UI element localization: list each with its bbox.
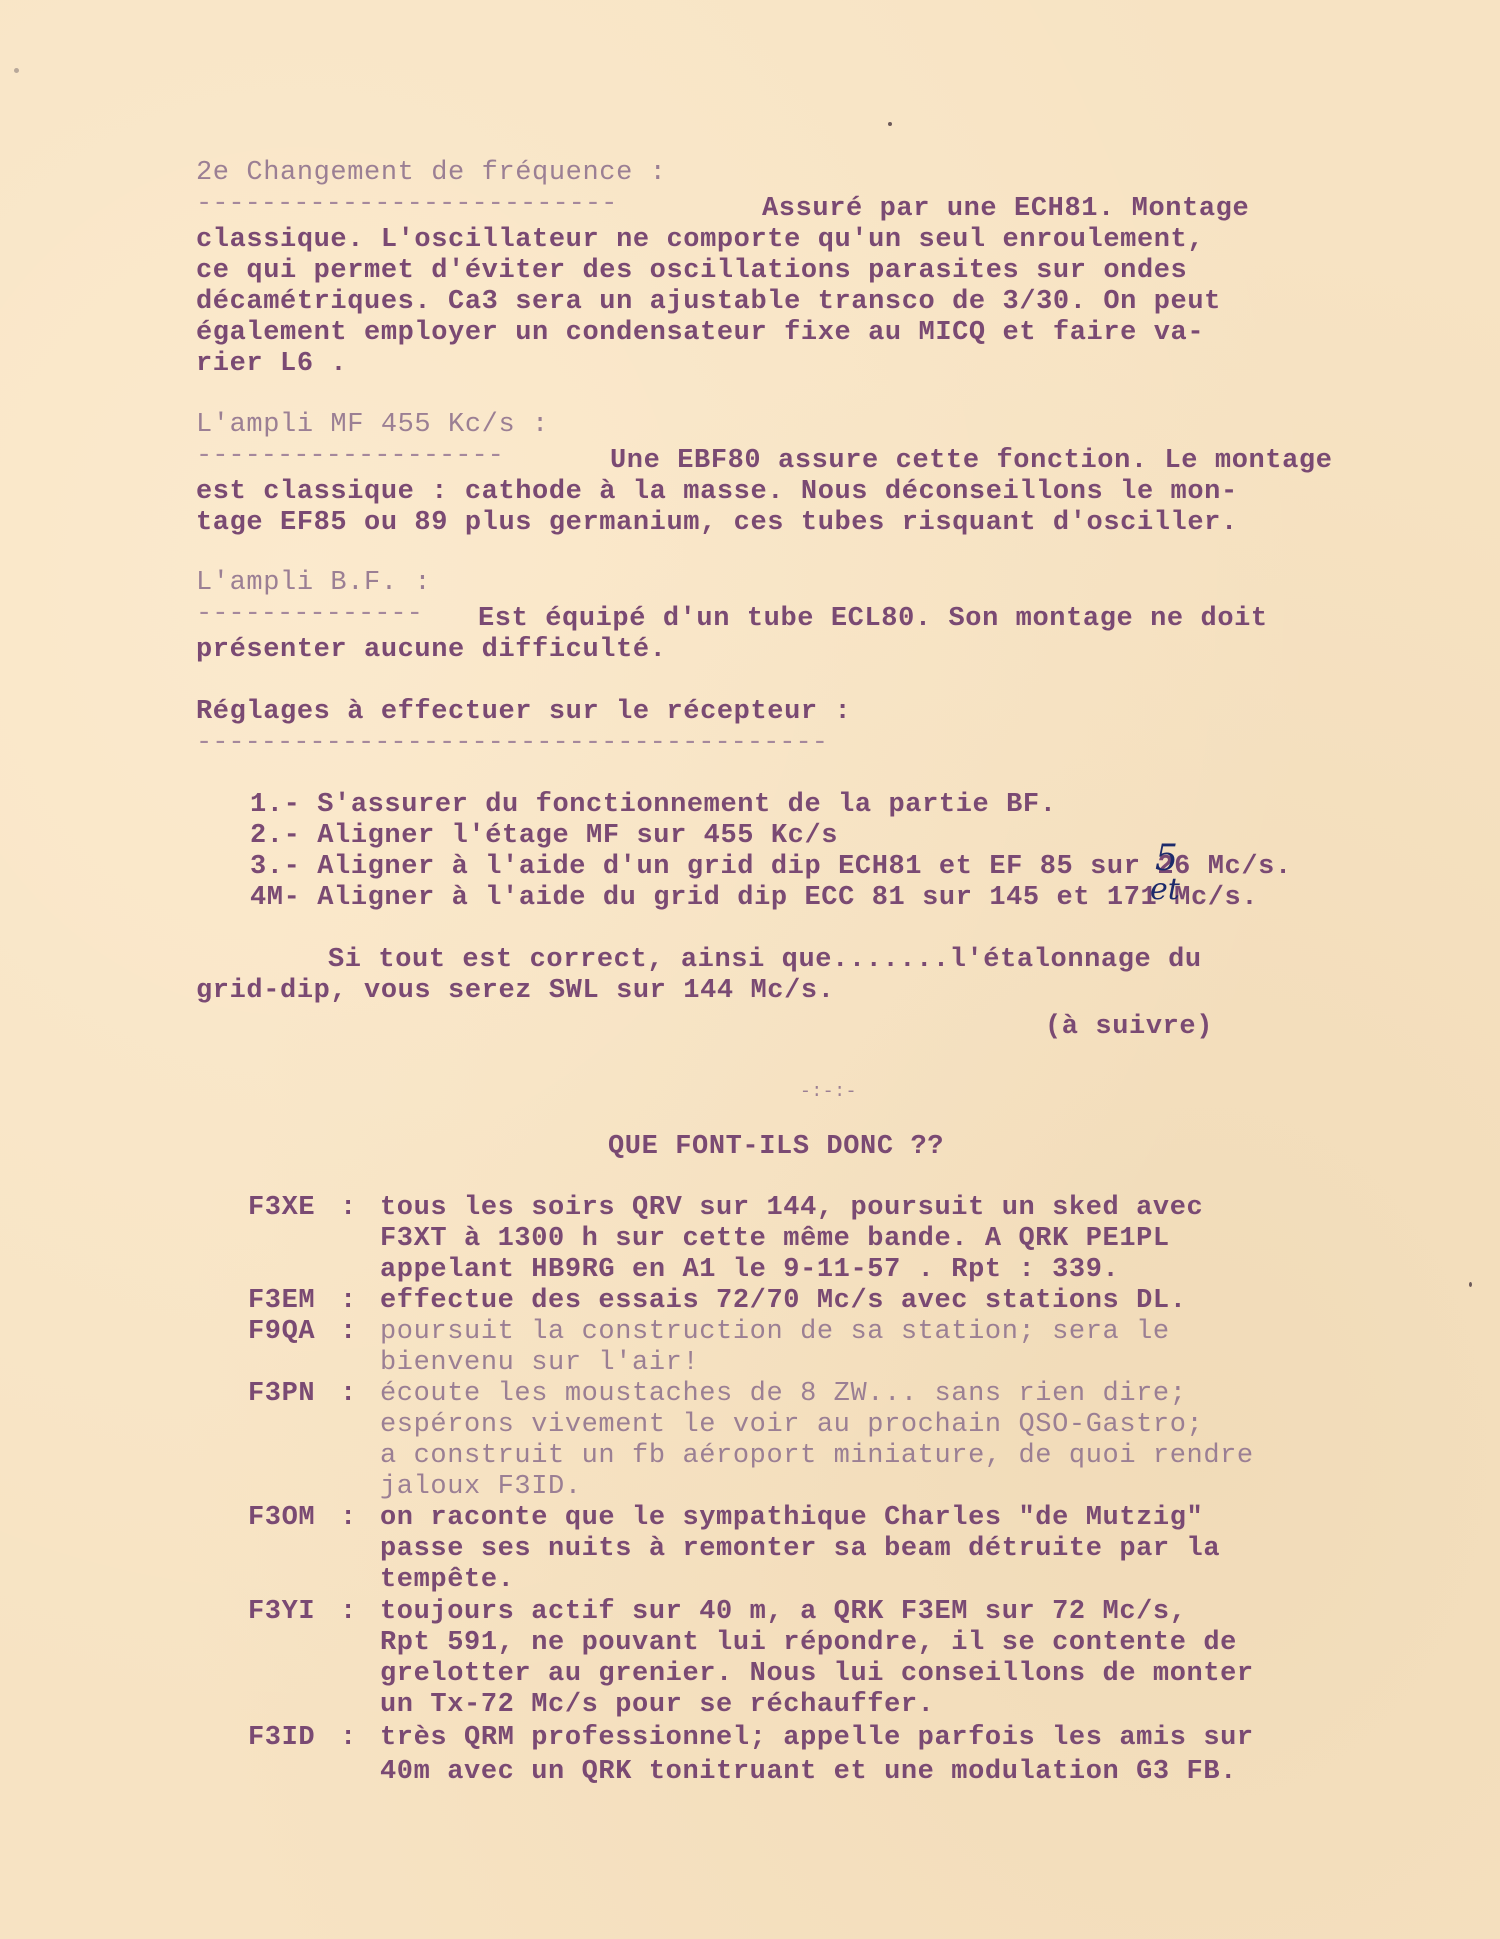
- heading-underline: --------------: [196, 599, 423, 630]
- paragraph-line: présenter aucune difficulté.: [196, 635, 666, 666]
- heading-underline: -------------------: [196, 441, 504, 472]
- paper-speck: [14, 68, 19, 73]
- step-item: 4M- Aligner à l'aide du grid dip ECC 81 …: [250, 883, 1258, 914]
- paragraph-line: classique. L'oscillateur ne comporte qu'…: [196, 225, 1204, 256]
- colon: :: [340, 1723, 357, 1754]
- entry-line: espérons vivement le voir au prochain QS…: [380, 1410, 1203, 1441]
- document-page: 2e Changement de fréquence : -----------…: [0, 0, 1500, 1939]
- entry-line: jaloux F3ID.: [380, 1472, 582, 1503]
- entry-line: passe ses nuits à remonter sa beam détru…: [380, 1534, 1220, 1565]
- colon: :: [340, 1286, 357, 1317]
- news-title: QUE FONT-ILS DONC ??: [608, 1132, 944, 1163]
- callsign: F9QA: [248, 1317, 315, 1348]
- entry-line: écoute les moustaches de 8 ZW... sans ri…: [380, 1379, 1187, 1410]
- section-heading: L'ampli B.F. :: [196, 568, 431, 599]
- entry-line: appelant HB9RG en A1 le 9-11-57 . Rpt : …: [380, 1255, 1119, 1286]
- paragraph-line: décamétriques. Ca3 sera un ajustable tra…: [196, 287, 1221, 318]
- entry-line: F3XT à 1300 h sur cette même bande. A QR…: [380, 1224, 1170, 1255]
- paragraph-line: est classique : cathode à la masse. Nous…: [196, 477, 1238, 508]
- callsign: F3OM: [248, 1503, 315, 1534]
- heading-underline: --------------------------: [196, 189, 617, 220]
- step-item: 1.- S'assurer du fonctionnement de la pa…: [250, 790, 1057, 821]
- paragraph-line: ce qui permet d'éviter des oscillations …: [196, 256, 1187, 287]
- colon: :: [340, 1597, 357, 1628]
- callsign: F3YI: [248, 1597, 315, 1628]
- entry-line: tous les soirs QRV sur 144, poursuit un …: [380, 1193, 1203, 1224]
- entry-line: toujours actif sur 40 m, a QRK F3EM sur …: [380, 1597, 1187, 1628]
- paragraph-line: rier L6 .: [196, 349, 347, 380]
- callsign: F3PN: [248, 1379, 315, 1410]
- entry-line: très QRM professionnel; appelle parfois …: [380, 1723, 1254, 1754]
- entry-line: poursuit la construction de sa station; …: [380, 1317, 1170, 1348]
- paragraph-line: Est équipé d'un tube ECL80. Son montage …: [478, 604, 1268, 635]
- colon: :: [340, 1193, 357, 1224]
- paper-speck: [888, 122, 892, 126]
- separator: -:-:-: [800, 1077, 857, 1108]
- step-item: 2.- Aligner l'étage MF sur 455 Kc/s: [250, 821, 838, 852]
- paragraph-line: Si tout est correct, ainsi que.......l'é…: [328, 945, 1202, 976]
- heading-underline: ---------------------------------------: [196, 728, 828, 759]
- section-heading: L'ampli MF 455 Kc/s :: [196, 410, 549, 441]
- entry-line: grelotter au grenier. Nous lui conseillo…: [380, 1659, 1254, 1690]
- entry-line: a construit un fb aéroport miniature, de…: [380, 1441, 1254, 1472]
- callsign: F3ID: [248, 1723, 315, 1754]
- entry-line: bienvenu sur l'air!: [380, 1348, 699, 1379]
- section-heading: Réglages à effectuer sur le récepteur :: [196, 697, 851, 728]
- colon: :: [340, 1379, 357, 1410]
- paper-speck: [1469, 1282, 1472, 1287]
- continued-note: (à suivre): [1045, 1012, 1213, 1043]
- paragraph-line: grid-dip, vous serez SWL sur 144 Mc/s.: [196, 976, 835, 1007]
- callsign: F3XE: [248, 1193, 315, 1224]
- entry-line: un Tx-72 Mc/s pour se réchauffer.: [380, 1690, 935, 1721]
- paragraph-line: également employer un condensateur fixe …: [196, 318, 1204, 349]
- handwritten-correction: et: [1150, 872, 1180, 907]
- paragraph-line: Une EBF80 assure cette fonction. Le mont…: [610, 446, 1333, 477]
- entry-line: on raconte que le sympathique Charles "d…: [380, 1503, 1203, 1534]
- colon: :: [340, 1503, 357, 1534]
- paragraph-line: Assuré par une ECH81. Montage: [762, 194, 1249, 225]
- colon: :: [340, 1317, 357, 1348]
- entry-line: effectue des essais 72/70 Mc/s avec stat…: [380, 1286, 1187, 1317]
- entry-line: 40m avec un QRK tonitruant et une modula…: [380, 1757, 1237, 1788]
- callsign: F3EM: [248, 1286, 315, 1317]
- entry-line: tempête.: [380, 1565, 514, 1596]
- paragraph-line: tage EF85 ou 89 plus germanium, ces tube…: [196, 508, 1238, 539]
- entry-line: Rpt 591, ne pouvant lui répondre, il se …: [380, 1628, 1237, 1659]
- step-item: 3.- Aligner à l'aide d'un grid dip ECH81…: [250, 852, 1292, 883]
- section-heading: 2e Changement de fréquence :: [196, 158, 666, 189]
